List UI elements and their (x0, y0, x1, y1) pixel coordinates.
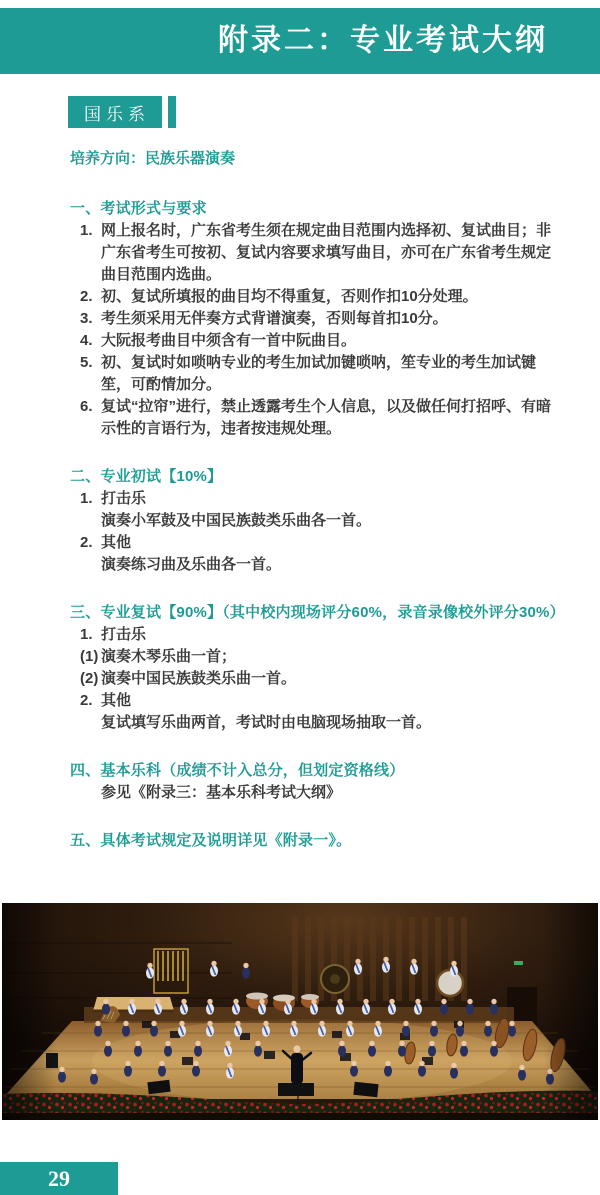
item-number: (2) (80, 668, 101, 690)
item-number: 2. (80, 690, 101, 712)
item-number: 4. (80, 330, 101, 352)
item-text: 演奏练习曲及乐曲各一首。 (101, 554, 552, 576)
item-number: 6. (80, 396, 101, 440)
item-number (80, 510, 101, 532)
list-item: 2.其他 (70, 690, 552, 712)
item-text: 考生须采用无伴奏方式背谱演奏，否则每首扣10分。 (101, 308, 552, 330)
section-exam-format: 一、考试形式与要求 1.网上报名时，广东省考生须在规定曲目范围内选择初、复试曲目… (70, 198, 552, 440)
department-badge: 国乐系 (68, 96, 162, 128)
orchestra-photo (2, 903, 598, 1120)
item-number: 1. (80, 488, 101, 510)
department-badge-accent-bar (168, 96, 176, 128)
section-heading: 五、具体考试规定及说明详见《附录一》。 (70, 830, 552, 852)
training-direction: 培养方向：民族乐器演奏 (70, 148, 552, 170)
list-item: 参见《附录三：基本乐科考试大纲》 (70, 782, 552, 804)
item-text: 复试填写乐曲两首，考试时由电脑现场抽取一首。 (101, 712, 552, 734)
list-item: 复试填写乐曲两首，考试时由电脑现场抽取一首。 (70, 712, 552, 734)
item-number: (1) (80, 646, 101, 668)
department-badge-row: 国乐系 (68, 96, 176, 128)
list-item: 6.复试“拉帘”进行，禁止透露考生个人信息，以及做任何打招呼、有暗示性的言语行为… (70, 396, 552, 440)
list-item: 演奏练习曲及乐曲各一首。 (70, 554, 552, 576)
page-number: 29 (48, 1166, 70, 1192)
list-item: 2.其他 (70, 532, 552, 554)
item-text: 演奏中国民族鼓类乐曲一首。 (101, 668, 552, 690)
page-header-banner: 附录二：专业考试大纲 (0, 8, 600, 74)
section-preliminary-exam: 二、专业初试【10%】 1.打击乐 演奏小军鼓及中国民族鼓类乐曲各一首。 2.其… (70, 466, 552, 576)
item-text: 初、复试时如唢呐专业的考生加试加键唢呐，笙专业的考生加试键笙，可酌情加分。 (101, 352, 552, 396)
item-number: 1. (80, 624, 101, 646)
list-item: 1.打击乐 (70, 624, 552, 646)
section-final-exam: 三、专业复试【90%】（其中校内现场评分60%，录音录像校外评分30%） 1.打… (70, 602, 552, 734)
page-number-badge: 29 (0, 1162, 118, 1195)
item-number (80, 782, 101, 804)
list-item: 5.初、复试时如唢呐专业的考生加试加键唢呐，笙专业的考生加试键笙，可酌情加分。 (70, 352, 552, 396)
list-item: (1)演奏木琴乐曲一首； (70, 646, 552, 668)
section-heading: 一、考试形式与要求 (70, 198, 552, 220)
item-number (80, 554, 101, 576)
list-item: 演奏小军鼓及中国民族鼓类乐曲各一首。 (70, 510, 552, 532)
list-item: 1.打击乐 (70, 488, 552, 510)
item-text: 演奏小军鼓及中国民族鼓类乐曲各一首。 (101, 510, 552, 532)
item-text: 其他 (101, 690, 552, 712)
section-heading: 三、专业复试【90%】（其中校内现场评分60%，录音录像校外评分30%） (70, 602, 552, 624)
list-item: 4.大阮报考曲目中须含有一首中阮曲目。 (70, 330, 552, 352)
section-heading: 四、基本乐科（成绩不计入总分，但划定资格线） (70, 760, 552, 782)
item-text: 其他 (101, 532, 552, 554)
item-number (80, 712, 101, 734)
page-title: 附录二：专业考试大纲 (218, 26, 548, 56)
item-text: 演奏木琴乐曲一首； (101, 646, 552, 668)
list-item: (2)演奏中国民族鼓类乐曲一首。 (70, 668, 552, 690)
list-item: 1.网上报名时，广东省考生须在规定曲目范围内选择初、复试曲目；非广东省考生可按初… (70, 220, 552, 286)
item-text: 网上报名时，广东省考生须在规定曲目范围内选择初、复试曲目；非广东省考生可按初、复… (101, 220, 552, 286)
item-text: 复试“拉帘”进行，禁止透露考生个人信息，以及做任何打招呼、有暗示性的言语行为，违… (101, 396, 552, 440)
item-text: 大阮报考曲目中须含有一首中阮曲目。 (101, 330, 552, 352)
item-number: 5. (80, 352, 101, 396)
orchestra-photo-graphic (2, 903, 598, 1120)
content: 培养方向：民族乐器演奏 一、考试形式与要求 1.网上报名时，广东省考生须在规定曲… (0, 148, 600, 852)
item-text: 初、复试所填报的曲目均不得重复，否则作扣10分处理。 (101, 286, 552, 308)
item-text: 打击乐 (101, 488, 552, 510)
section-exam-rules-reference: 五、具体考试规定及说明详见《附录一》。 (70, 830, 552, 852)
section-basic-music-theory: 四、基本乐科（成绩不计入总分，但划定资格线） 参见《附录三：基本乐科考试大纲》 (70, 760, 552, 804)
item-number: 1. (80, 220, 101, 286)
item-number: 2. (80, 532, 101, 554)
list-item: 2.初、复试所填报的曲目均不得重复，否则作扣10分处理。 (70, 286, 552, 308)
item-number: 3. (80, 308, 101, 330)
item-text: 参见《附录三：基本乐科考试大纲》 (101, 782, 552, 804)
section-heading: 二、专业初试【10%】 (70, 466, 552, 488)
item-text: 打击乐 (101, 624, 552, 646)
list-item: 3.考生须采用无伴奏方式背谱演奏，否则每首扣10分。 (70, 308, 552, 330)
item-number: 2. (80, 286, 101, 308)
